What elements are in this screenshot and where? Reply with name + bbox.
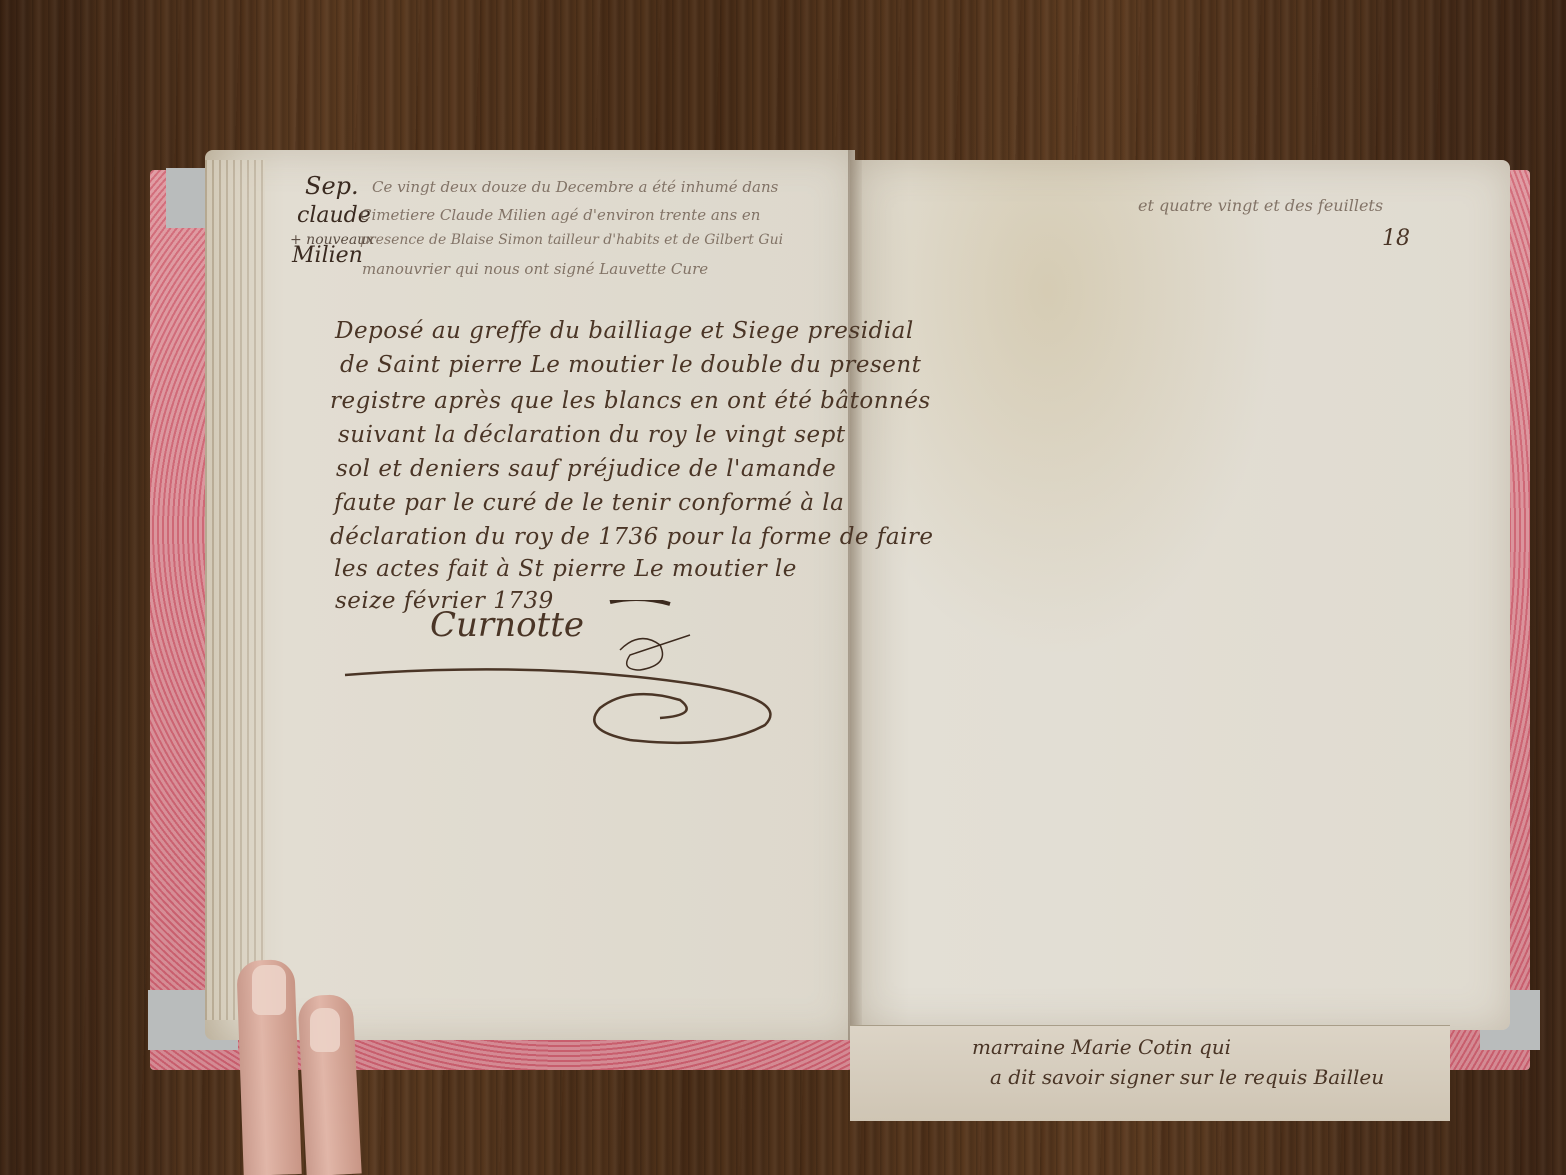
top-note: et quatre vingt et des feuillets xyxy=(1138,196,1383,215)
entry-line: Cimetiere Claude Milien agé d'environ tr… xyxy=(360,206,760,224)
margin-note-milien: Milien xyxy=(292,243,363,268)
right-page xyxy=(850,160,1510,1030)
signature-flourish-icon xyxy=(340,600,820,750)
fingernail xyxy=(310,1008,340,1052)
declaration-line: de Saint pierre Le moutier le double du … xyxy=(340,352,921,378)
book-gutter xyxy=(848,150,862,1040)
fingernail xyxy=(252,965,286,1015)
declaration-line: sol et deniers sauf préjudice de l'amand… xyxy=(336,456,836,482)
declaration-line: registre après que les blancs en ont été… xyxy=(330,388,931,414)
page-leaf-edges xyxy=(205,160,265,1020)
declaration-line: Deposé au greffe du bailliage et Siege p… xyxy=(335,318,914,344)
entry-line: Ce vingt deux douze du Decembre a été in… xyxy=(372,178,778,196)
entry-line: presence de Blaise Simon tailleur d'habi… xyxy=(360,232,783,248)
bottom-strip-line: marraine Marie Cotin qui xyxy=(972,1035,1231,1059)
entry-line: manouvrier qui nous ont signé Lauvette C… xyxy=(362,260,708,278)
folio-number: 18 xyxy=(1382,226,1410,251)
declaration-line: déclaration du roy de 1736 pour la forme… xyxy=(330,524,934,550)
declaration-line: faute par le curé de le tenir conformé à… xyxy=(334,490,844,516)
declaration-line: les actes fait à St pierre Le moutier le xyxy=(334,556,797,582)
declaration-line: suivant la déclaration du roy le vingt s… xyxy=(338,422,846,448)
margin-note-sep: Sep. xyxy=(305,172,359,200)
bottom-strip-line: a dit savoir signer sur le requis Baille… xyxy=(990,1065,1384,1089)
